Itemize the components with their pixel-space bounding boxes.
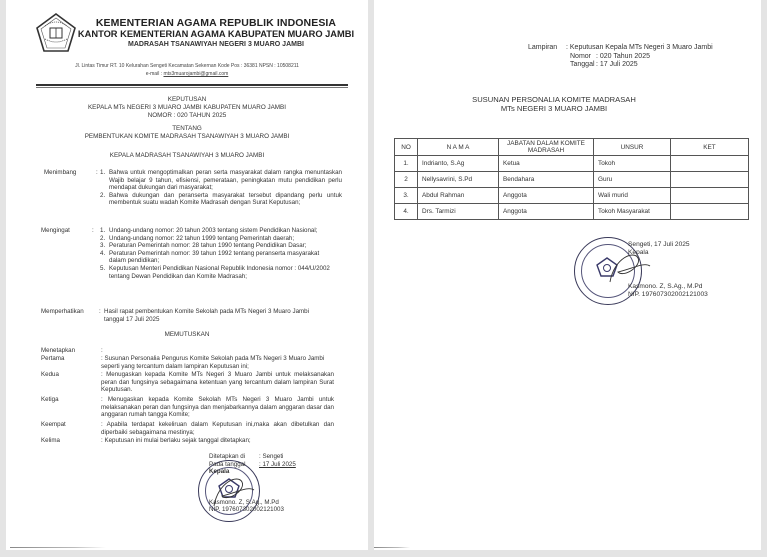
signer-role: Kepala <box>628 249 708 257</box>
nomor-label: Nomor <box>570 53 596 62</box>
tanggal-label: Pada tanggal <box>209 461 259 469</box>
menimbang-item: 1.Bahwa untuk mengoptimalkan peran serta… <box>100 169 342 192</box>
lampiran-value: Keputusan Kepala MTs Negeri 3 Muaro Jamb… <box>570 44 713 51</box>
mengingat-item: 3.Peraturan Pemerintah nomor: 28 tahun 1… <box>100 242 332 250</box>
decision-text: : Menugaskan kepada Komite Sekolah MTs N… <box>101 396 334 419</box>
ditetapkan-label: Ditetapkan di <box>209 453 259 461</box>
tanggal-label: Tanggal <box>570 61 596 70</box>
table-row: 3. Abdul Rahman Anggota Wali murid <box>395 188 749 204</box>
decision-label: Pertama <box>41 355 64 363</box>
decision-text: : Apabila terdapat kekeliruan dalam Kepu… <box>101 421 334 436</box>
doc-subject: PEMBENTUKAN KOMITE MADRASAH TSANAWIYAH 3… <box>6 133 368 141</box>
menimbang-item: 2.Bahwa dukungan dan peranserta masyarak… <box>100 192 342 207</box>
mengingat-label: Mengingat <box>41 227 70 235</box>
lampiran-label: Lampiran <box>528 44 566 53</box>
doc-issuer-heading: KEPALA MADRASAH TSANAWIYAH 3 MUARO JAMBI <box>6 152 368 160</box>
memutuskan-heading: MEMUTUSKAN <box>6 331 368 339</box>
doc-issuer-line: KEPALA MTs NEGERI 3 MUARO JAMBI KABUPATE… <box>6 104 368 112</box>
col-header-jabatan: JABATAN DALAM KOMITE MADRASAH <box>499 139 594 156</box>
signature-place-date: Sengeti, 17 Juli 2025 <box>628 241 708 249</box>
doc-tentang: TENTANG <box>6 125 368 133</box>
doc-number: NOMOR : 020 TAHUN 2025 <box>6 112 368 120</box>
mengingat-list: 1.Undang-undang nomor: 20 tahun 2003 ten… <box>100 227 332 280</box>
lampiran-block: Lampiran: Keputusan Kepala MTs Negeri 3 … <box>528 44 713 70</box>
letterhead-divider-thin <box>36 87 348 88</box>
memperhatikan-text: Hasil rapat pembentukan Komite Sekolah p… <box>104 308 329 323</box>
col-header-unsur: UNSUR <box>594 139 671 156</box>
signer-role: Kepala <box>209 468 296 476</box>
email-link[interactable]: mts3muarojambi@gmail.com <box>163 71 228 77</box>
col-header-no: NO <box>395 139 418 156</box>
col-header-nama: N A M A <box>418 139 499 156</box>
decision-label: Kelima <box>41 437 60 445</box>
decision-text: : Keputusan ini mulai berlaku sejak tang… <box>101 437 334 445</box>
table-row: 2 Nellysavrini, S.Pd Bendahara Guru <box>395 172 749 188</box>
letterhead: KEMENTERIAN AGAMA REPUBLIK INDONESIA KAN… <box>76 17 356 50</box>
decision-label: Menetapkan <box>41 347 75 355</box>
letterhead-office: KANTOR KEMENTERIAN AGAMA KABUPATEN MUARO… <box>76 29 356 40</box>
scan-artifact <box>374 547 434 548</box>
signer-nip: NIP. 197607302002121003 <box>209 506 296 514</box>
letterhead-address-block: Jl. Lintas Timur RT. 10 Kelurahan Senget… <box>6 62 368 78</box>
email-label: e-mail : <box>146 71 164 77</box>
letterhead-ministry: KEMENTERIAN AGAMA REPUBLIK INDONESIA <box>76 17 356 29</box>
signature-block: Ditetapkan di: Sengeti Pada tanggal: 17 … <box>209 453 296 514</box>
mengingat-item: 5.Keputusan Menteri Pendidikan Nasional … <box>100 265 332 280</box>
attachment-subtitle: MTs NEGERI 3 MUARO JAMBI <box>434 104 674 114</box>
document-page-lampiran: Lampiran: Keputusan Kepala MTs Negeri 3 … <box>374 0 761 550</box>
menimbang-list: 1.Bahwa untuk mengoptimalkan peran serta… <box>100 169 342 207</box>
ditetapkan-value: : Sengeti <box>259 453 283 460</box>
table-header-row: NO N A M A JABATAN DALAM KOMITE MADRASAH… <box>395 139 749 156</box>
decision-label: Kedua <box>41 371 59 379</box>
decision-label: Ketiga <box>41 396 59 404</box>
signer-nip: NIP. 197607302002121003 <box>628 291 708 299</box>
scan-artifact <box>10 547 170 548</box>
menimbang-label: Menimbang <box>44 169 76 177</box>
mengingat-item: 2.Undang-undang nomor: 22 tahun 1999 ten… <box>100 235 332 243</box>
letterhead-address: Jl. Lintas Timur RT. 10 Kelurahan Senget… <box>6 62 368 70</box>
signer-name: Kasmono. Z, S.Ag., M.Pd <box>209 499 296 507</box>
signer-name: Kasmono. Z, S.Ag., M.Pd <box>628 283 708 291</box>
decision-label: Keempat <box>41 421 66 429</box>
doc-type: KEPUTUSAN <box>6 96 368 104</box>
mengingat-item: 4.Peraturan Pemerintah nomor: 39 tahun 1… <box>100 250 332 265</box>
letterhead-school: MADRASAH TSANAWIYAH NEGERI 3 MUARO JAMBI <box>76 40 356 50</box>
memperhatikan-label: Memperhatikan <box>41 308 84 316</box>
document-page-keputusan: KEMENTERIAN AGAMA REPUBLIK INDONESIA KAN… <box>6 0 368 550</box>
table-row: 4. Drs. Tarmizi Anggota Tokoh Masyarakat <box>395 204 749 220</box>
ministry-emblem-icon <box>35 12 77 54</box>
decision-text: : Menugaskan kepada Komite MTs Negeri 3 … <box>101 371 334 394</box>
tanggal-value: : 17 Juli 2025 <box>259 461 296 468</box>
attachment-signature-block: Sengeti, 17 Juli 2025 Kepala Kasmono. Z,… <box>628 241 708 300</box>
committee-table: NO N A M A JABATAN DALAM KOMITE MADRASAH… <box>394 138 749 220</box>
col-header-ket: KET <box>671 139 749 156</box>
nomor-value: 020 Tahun 2025 <box>600 53 650 60</box>
decision-text: : Susunan Personalia Pengurus Komite Sek… <box>101 355 334 370</box>
mengingat-item: 1.Undang-undang nomor: 20 tahun 2003 ten… <box>100 227 332 235</box>
tanggal-value: 17 Juli 2025 <box>600 61 638 68</box>
table-row: 1. Indrianto, S.Ag Ketua Tokoh <box>395 156 749 172</box>
letterhead-divider <box>36 84 348 86</box>
